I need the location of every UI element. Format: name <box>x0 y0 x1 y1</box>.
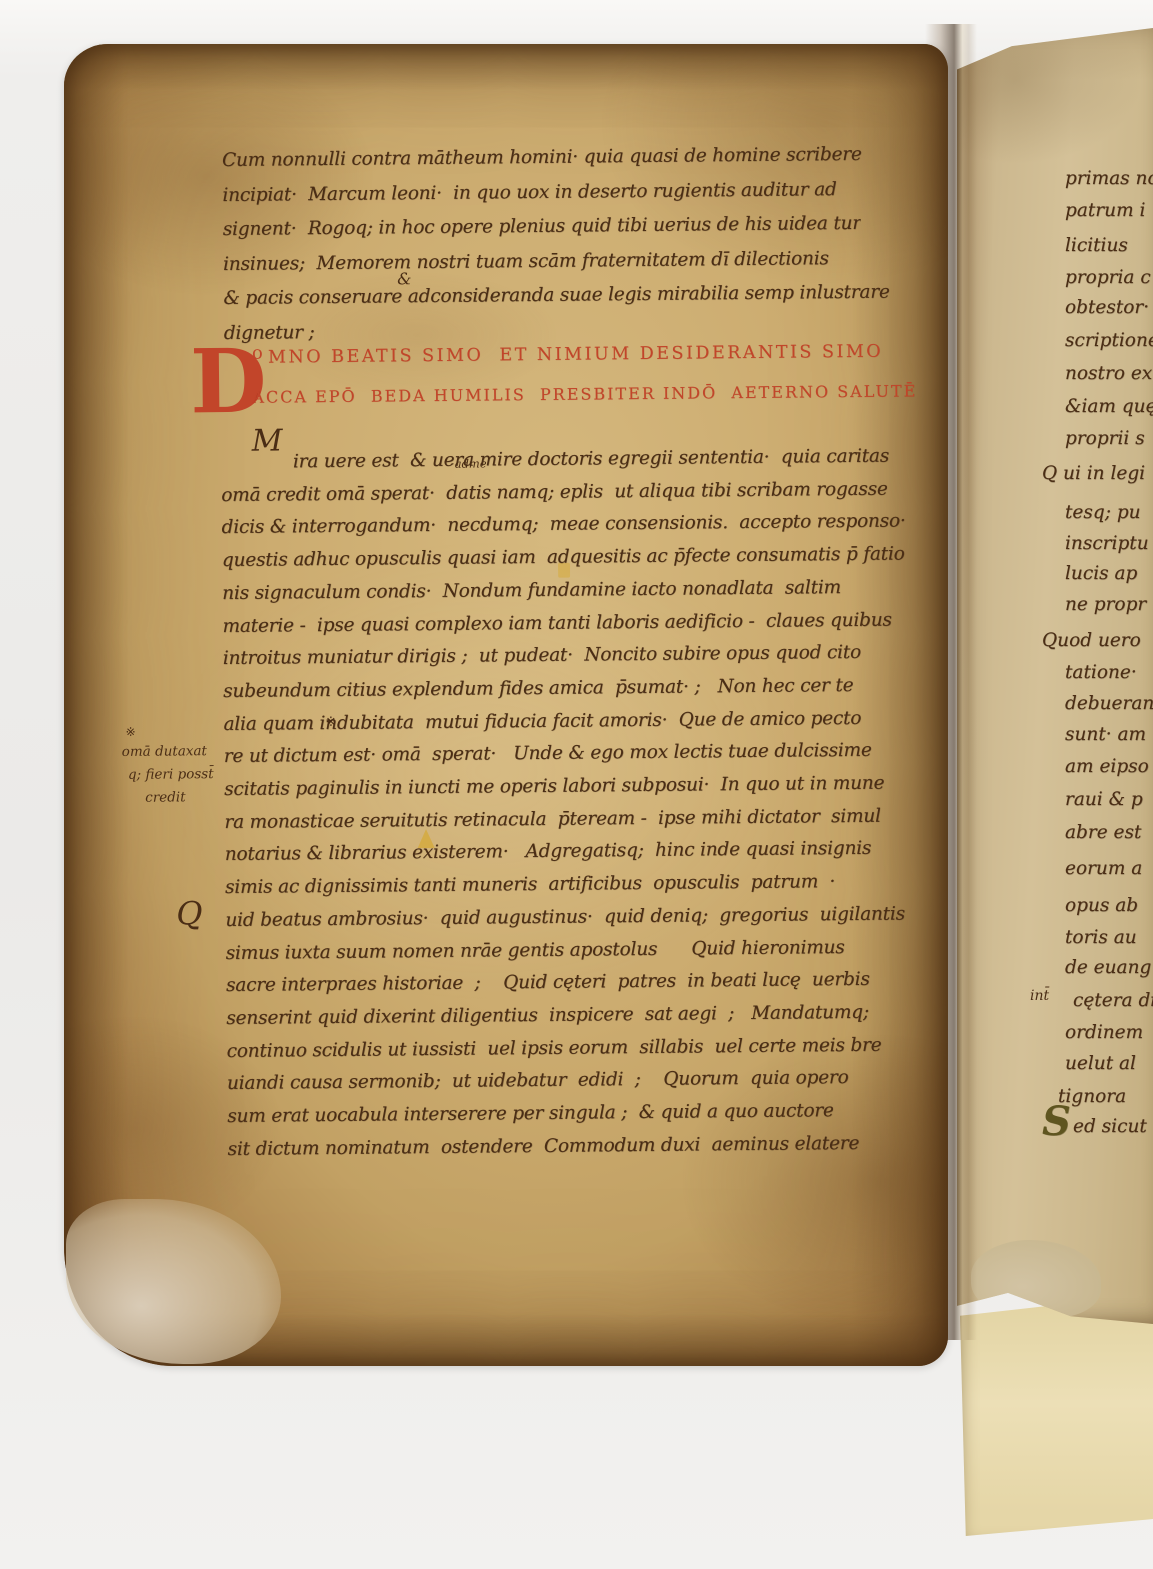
right-page-fragment-line: am eipso <box>1065 756 1149 777</box>
margin-note-line: q; fieri posst̄ <box>128 766 214 783</box>
manuscript-line: insinues; Memorem nostri tuam scām frate… <box>223 248 829 275</box>
manuscript-line: nis signaculum condis· Nondum fundamine … <box>222 577 841 604</box>
manuscript-line: sit dictum nominatum ostendere Commodum … <box>227 1133 859 1160</box>
right-page-fragment-line: tignora <box>1058 1086 1126 1107</box>
right-page-fragment-line: Quod uero <box>1042 630 1141 651</box>
rubric-initial-d-superscript: o <box>252 346 263 361</box>
manuscript-line: dignetur ; <box>224 322 315 344</box>
right-page-fragment-line: ed sicut <box>1073 1116 1147 1137</box>
right-page-fragment-line: inscriptu <box>1065 533 1149 554</box>
manuscript-line: senserint quid dixerint diligentius insp… <box>226 1002 869 1029</box>
rubric-initial-d: Do <box>190 344 267 420</box>
manuscript-line: ira uere est & uera mire doctoris egregi… <box>293 446 889 473</box>
manuscript-line: alia quam indubitata mutui fiducia facit… <box>223 707 861 734</box>
right-margin-note-int: int̄ <box>1030 988 1049 1004</box>
right-page-fragment-line: ne propr <box>1065 594 1146 615</box>
right-page-fragment-line: raui & p <box>1065 789 1143 810</box>
margin-note-mark: ※ <box>126 725 136 739</box>
manuscript-line: omā credit omā sperat· datis namq; eplis… <box>221 478 888 505</box>
right-page-fragment-line: abre est <box>1065 822 1141 843</box>
manuscript-line: dicis & interrogandum· necdumq; meae con… <box>222 511 906 539</box>
manuscript-line: continuo scidulis ut iussisti uel ipsis … <box>227 1034 882 1061</box>
right-page-fragment-line: de euang <box>1065 957 1151 978</box>
manuscript-line: re ut dictum est· omā sperat· Unde & ego… <box>224 740 872 767</box>
right-page-fragment-line: ordinem <box>1065 1022 1143 1043</box>
initial-m: M <box>252 423 283 458</box>
manuscript-line: subeundum citius explendum fides amica p… <box>223 675 853 702</box>
manuscript-line: uid beatus ambrosius· quid augustinus· q… <box>225 903 905 931</box>
manuscript-line: Cum nonnulli contra mātheum homini· quia… <box>222 144 862 171</box>
margin-note-line: credit <box>145 789 186 805</box>
right-page-fragment-line: debueran <box>1065 693 1153 714</box>
manuscript-line: questis adhuc opusculis quasi iam adques… <box>222 544 905 572</box>
manuscript-line: signent· Rogoq; in hoc opere plenius qui… <box>223 213 861 240</box>
right-page-fragment-line: &iam quę <box>1065 396 1153 417</box>
right-page-fragment-line: tatione· <box>1065 662 1137 683</box>
manuscript-line: ra monasticae seruitutis retinacula p̄te… <box>224 805 881 832</box>
right-page-fragment-line: uelut al <box>1065 1053 1136 1074</box>
right-page-fragment-line: patrum i <box>1065 200 1145 221</box>
right-page-fragment-line: proprii s <box>1065 428 1145 449</box>
right-page-fragment-line: obtestor· <box>1065 297 1149 318</box>
right-page-fragment-line: propria c <box>1065 267 1151 288</box>
manuscript-line: & pacis conseruare adconsideranda suae l… <box>223 282 889 309</box>
right-page-fragment-line: nostro ex <box>1065 363 1152 384</box>
rubric-line: MNO BEATIS SIMO ET NIMIUM DESIDERANTIS S… <box>268 342 883 368</box>
manuscript-line: sacre interpraes historiae ; Quid cęteri… <box>226 969 870 996</box>
right-page-fragment-line: cętera di <box>1073 990 1153 1011</box>
manuscript-line: simus iuxta suum nomen nrāe gentis apost… <box>226 937 845 964</box>
manuscript-line: introitus muniatur dirigis ; ut pudeat· … <box>223 642 861 669</box>
right-page-fragment-line: tesq; pu <box>1065 502 1141 523</box>
manuscript-line: incipiat· Marcum leoni· in quo uox in de… <box>222 179 836 206</box>
manuscript-line: scitatis paginulis in iuncti me operis l… <box>224 773 884 800</box>
right-page-fragment-line: sunt· am <box>1065 724 1146 745</box>
manuscript-line: simis ac dignissimis tanti muneris artif… <box>225 871 835 898</box>
right-page-fragment-line: toris au <box>1065 927 1137 948</box>
right-page-fragment-line: lucis ap <box>1065 563 1137 584</box>
manuscript-line: sum erat uocabula interserere per singul… <box>227 1100 834 1127</box>
margin-note-line: omā dutaxat <box>122 743 207 760</box>
manuscript-line: uiandi causa sermonib; ut uidebatur edid… <box>227 1067 849 1094</box>
right-page-fragment-line: scriptione <box>1065 330 1153 351</box>
manuscript-line: notarius & librarius existerem· Adgregat… <box>225 838 872 865</box>
margin-initial-q: Q <box>176 894 203 932</box>
right-page-fragment-line: primas no <box>1065 168 1153 189</box>
right-page-fragment-line: opus ab <box>1065 895 1138 916</box>
left-page-text-block: Do M Q & ·adme ※ ※ Cum nonnulli contra m… <box>0 0 1153 1569</box>
right-page-fragment-line: licitius <box>1065 235 1128 256</box>
manuscript-photo: Do M Q & ·adme ※ ※ Cum nonnulli contra m… <box>0 0 1153 1569</box>
right-page-fragment-line: eorum a <box>1065 858 1142 879</box>
manuscript-line: materie - ipse quasi complexo iam tanti … <box>222 609 891 636</box>
right-page-fragment-line: Q ui in legi <box>1042 463 1145 484</box>
rubric-line: ACCA EPŌ BEDA HUMILIS PRESBITER INDŌ AET… <box>252 381 917 406</box>
